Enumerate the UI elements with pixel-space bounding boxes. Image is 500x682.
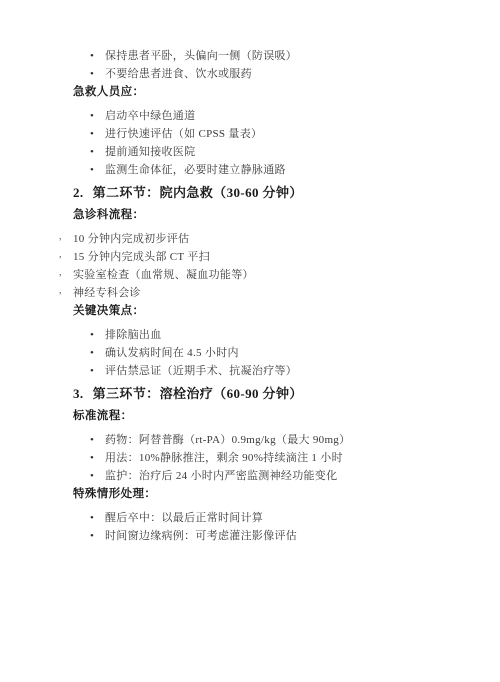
bullet-icon: • — [90, 143, 94, 161]
list-item: • 保持患者平卧，头偏向一侧（防误吸） — [73, 47, 460, 65]
list-item: • 监测生命体征，必要时建立静脉通路 — [73, 161, 460, 179]
list-item: • 确认发病时间在 4.5 小时内 — [73, 344, 460, 362]
list-item-text: 启动卒中绿色通道 — [105, 110, 195, 122]
list-item: , 神经专科会诊 — [73, 284, 460, 302]
bullet-icon: • — [90, 362, 94, 380]
list-item-text: 15 分钟内完成头部 CT 平扫 — [73, 251, 210, 263]
bullet-icon: • — [90, 527, 94, 545]
comma-marker-icon: , — [59, 246, 62, 264]
list-item: • 时间窗边缘病例：可考虑灌注影像评估 — [73, 527, 460, 545]
section-number: 3. — [73, 384, 84, 404]
list-item-text: 确认发病时间在 4.5 小时内 — [105, 347, 239, 359]
list-item: • 排除脑出血 — [73, 326, 460, 344]
list-item-text: 评估禁忌证（近期手术、抗凝治疗等） — [105, 365, 297, 377]
list-item: • 监护：治疗后 24 小时内严密监测神经功能变化 — [73, 467, 460, 485]
list-item: , 10 分钟内完成初步评估 — [73, 230, 460, 248]
bullet-icon: • — [90, 161, 94, 179]
comma-marker-icon: , — [59, 264, 62, 282]
list-item-text: 监护：治疗后 24 小时内严密监测神经功能变化 — [105, 470, 337, 482]
bullet-icon: • — [90, 431, 94, 449]
list-item-text: 药物：阿替普酶（rt-PA）0.9mg/kg（最大 90mg） — [105, 434, 350, 446]
list-item: • 醒后卒中：以最后正常时间计算 — [73, 509, 460, 527]
list-item: , 实验室检查（血常规、凝血功能等） — [73, 266, 460, 284]
bullet-icon: • — [90, 467, 94, 485]
section-heading-2: 2.第二环节：院内急救（30-60 分钟） — [73, 183, 460, 203]
list-item: , 15 分钟内完成头部 CT 平扫 — [73, 248, 460, 266]
document-page: • 保持患者平卧，头偏向一侧（防误吸） • 不要给患者进食、饮水或服药 急救人员… — [0, 0, 500, 682]
list-item-text: 提前通知接收医院 — [105, 146, 195, 158]
bullet-icon: • — [90, 326, 94, 344]
list-item: • 用法：10%静脉推注，剩余 90%持续滴注 1 小时 — [73, 449, 460, 467]
section-subheading: 急救人员应： — [73, 83, 460, 101]
list-item-text: 监测生命体征，必要时建立静脉通路 — [105, 164, 286, 176]
section-heading-text: 第三环节：溶栓治疗（60-90 分钟） — [93, 386, 303, 401]
section-subheading: 急诊科流程： — [73, 206, 460, 224]
bullet-icon: • — [90, 107, 94, 125]
section-subheading: 特殊情形处理： — [73, 485, 460, 503]
list-item: • 药物：阿替普酶（rt-PA）0.9mg/kg（最大 90mg） — [73, 431, 460, 449]
list-item-text: 10 分钟内完成初步评估 — [73, 233, 189, 245]
list-item: • 提前通知接收医院 — [73, 143, 460, 161]
list-item-text: 不要给患者进食、饮水或服药 — [105, 68, 252, 80]
section-number: 2. — [73, 183, 84, 203]
bullet-icon: • — [90, 125, 94, 143]
list-item-text: 实验室检查（血常规、凝血功能等） — [73, 269, 254, 281]
list-item-text: 时间窗边缘病例：可考虑灌注影像评估 — [105, 530, 297, 542]
bullet-icon: • — [90, 65, 94, 83]
list-item: • 不要给患者进食、饮水或服药 — [73, 65, 460, 83]
bullet-icon: • — [90, 509, 94, 527]
list-item: • 进行快速评估（如 CPSS 量表） — [73, 125, 460, 143]
section-subheading: 标准流程： — [73, 407, 460, 425]
list-item: • 启动卒中绿色通道 — [73, 107, 460, 125]
list-item-text: 进行快速评估（如 CPSS 量表） — [105, 128, 262, 140]
section-subheading: 关键决策点： — [73, 302, 460, 320]
bullet-icon: • — [90, 47, 94, 65]
comma-marker-icon: , — [59, 282, 62, 300]
bullet-icon: • — [90, 344, 94, 362]
section-heading-text: 第二环节：院内急救（30-60 分钟） — [93, 185, 303, 200]
list-item-text: 排除脑出血 — [105, 329, 162, 341]
list-item-text: 醒后卒中：以最后正常时间计算 — [105, 512, 263, 524]
list-item-text: 神经专科会诊 — [73, 287, 141, 299]
bullet-icon: • — [90, 449, 94, 467]
comma-marker-icon: , — [59, 228, 62, 246]
list-item: • 评估禁忌证（近期手术、抗凝治疗等） — [73, 362, 460, 380]
list-item-text: 用法：10%静脉推注，剩余 90%持续滴注 1 小时 — [105, 452, 343, 464]
list-item-text: 保持患者平卧，头偏向一侧（防误吸） — [105, 50, 297, 62]
section-heading-3: 3.第三环节：溶栓治疗（60-90 分钟） — [73, 384, 460, 404]
